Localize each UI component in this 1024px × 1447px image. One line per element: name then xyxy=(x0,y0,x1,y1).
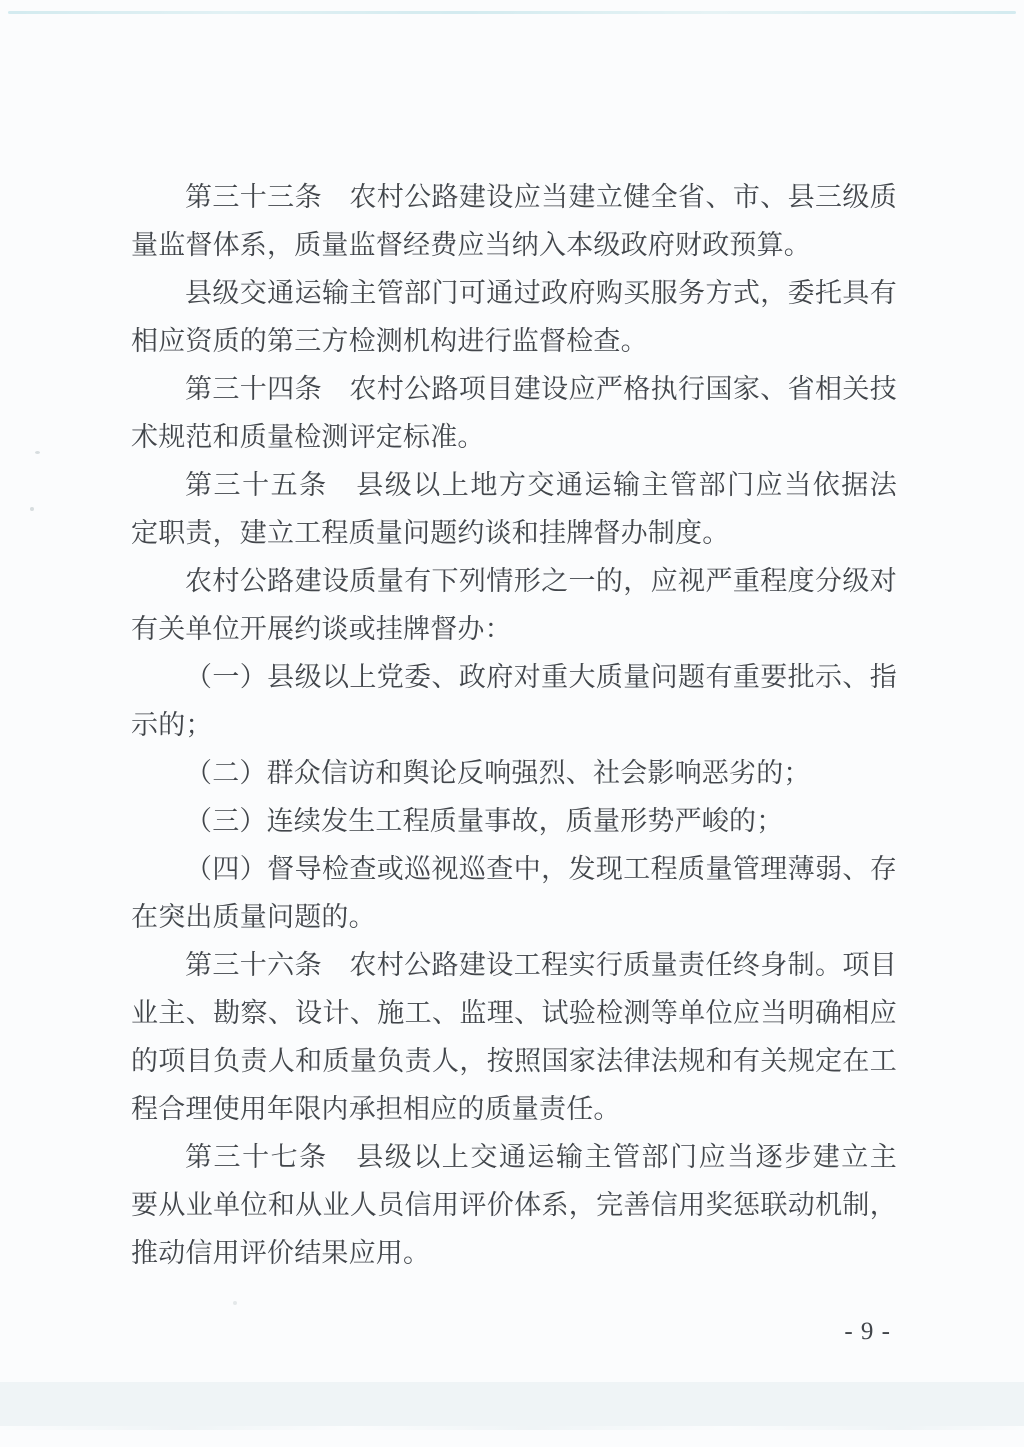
text-line: 程合理使用年限内承担相应的质量责任。 xyxy=(131,1085,897,1133)
paragraph: （二）群众信访和舆论反响强烈、社会影响恶劣的； xyxy=(131,749,897,797)
text-line: 示的； xyxy=(131,701,897,749)
text-line: 第三十四条 农村公路项目建设应严格执行国家、省相关技 xyxy=(131,365,897,413)
text-line: 推动信用评价结果应用。 xyxy=(131,1229,897,1277)
text-line: 第三十六条 农村公路建设工程实行质量责任终身制。项目 xyxy=(131,941,897,989)
paragraph: 县级交通运输主管部门可通过政府购买服务方式，委托具有相应资质的第三方检测机构进行… xyxy=(131,269,897,365)
scan-speck xyxy=(35,451,40,454)
text-line: 在突出质量问题的。 xyxy=(131,893,897,941)
text-line: 有关单位开展约谈或挂牌督办： xyxy=(131,605,897,653)
text-line: 要从业单位和从业人员信用评价体系，完善信用奖惩联动机制， xyxy=(131,1181,897,1229)
text-line: 相应资质的第三方检测机构进行监督检查。 xyxy=(131,317,897,365)
text-line: （一）县级以上党委、政府对重大质量问题有重要批示、指 xyxy=(131,653,897,701)
text-line: （四）督导检查或巡视巡查中，发现工程质量管理薄弱、存 xyxy=(131,845,897,893)
scan-artifact-bottom xyxy=(0,1382,1024,1426)
paragraph: 第三十六条 农村公路建设工程实行质量责任终身制。项目业主、勘察、设计、施工、监理… xyxy=(131,941,897,1133)
paragraph: （三）连续发生工程质量事故，质量形势严峻的； xyxy=(131,797,897,845)
scan-speck xyxy=(233,1301,237,1305)
text-line: 第三十五条 县级以上地方交通运输主管部门应当依据法 xyxy=(131,461,897,509)
text-line: 术规范和质量检测评定标准。 xyxy=(131,413,897,461)
paragraph: （一）县级以上党委、政府对重大质量问题有重要批示、指示的； xyxy=(131,653,897,749)
page-number: - 9 - xyxy=(131,1318,897,1346)
paragraph: 第三十七条 县级以上交通运输主管部门应当逐步建立主要从业单位和从业人员信用评价体… xyxy=(131,1133,897,1277)
document-page: { "page": { "number_label": "- 9 -" }, "… xyxy=(0,0,1024,1447)
text-line: 的项目负责人和质量负责人，按照国家法律法规和有关规定在工 xyxy=(131,1037,897,1085)
text-line: 第三十七条 县级以上交通运输主管部门应当逐步建立主 xyxy=(131,1133,897,1181)
text-line: 第三十三条 农村公路建设应当建立健全省、市、县三级质 xyxy=(131,173,897,221)
paragraph: 第三十三条 农村公路建设应当建立健全省、市、县三级质量监督体系，质量监督经费应当… xyxy=(131,173,897,269)
text-line: （二）群众信访和舆论反响强烈、社会影响恶劣的； xyxy=(131,749,897,797)
scan-edge-line xyxy=(8,11,1016,14)
text-line: 量监督体系，质量监督经费应当纳入本级政府财政预算。 xyxy=(131,221,897,269)
paragraph: （四）督导检查或巡视巡查中，发现工程质量管理薄弱、存在突出质量问题的。 xyxy=(131,845,897,941)
text-line: 农村公路建设质量有下列情形之一的，应视严重程度分级对 xyxy=(131,557,897,605)
paragraph: 第三十五条 县级以上地方交通运输主管部门应当依据法定职责，建立工程质量问题约谈和… xyxy=(131,461,897,557)
paragraph: 农村公路建设质量有下列情形之一的，应视严重程度分级对有关单位开展约谈或挂牌督办： xyxy=(131,557,897,653)
paragraph: 第三十四条 农村公路项目建设应严格执行国家、省相关技术规范和质量检测评定标准。 xyxy=(131,365,897,461)
scan-speck xyxy=(30,507,34,511)
text-line: 定职责，建立工程质量问题约谈和挂牌督办制度。 xyxy=(131,509,897,557)
text-line: 县级交通运输主管部门可通过政府购买服务方式，委托具有 xyxy=(131,269,897,317)
text-line: 业主、勘察、设计、施工、监理、试验检测等单位应当明确相应 xyxy=(131,989,897,1037)
text-line: （三）连续发生工程质量事故，质量形势严峻的； xyxy=(131,797,897,845)
document-body: 第三十三条 农村公路建设应当建立健全省、市、县三级质量监督体系，质量监督经费应当… xyxy=(131,173,897,1277)
